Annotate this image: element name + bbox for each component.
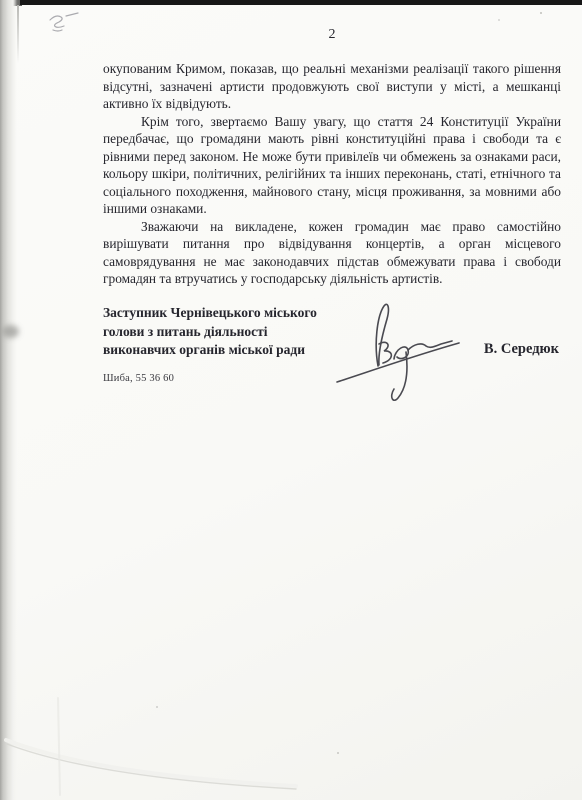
text-line: кольору шкіри, політичних, релігійних та… (103, 165, 561, 183)
scan-speck (337, 752, 339, 754)
text-line: Зважаючи на викладене, кожен громадин ма… (103, 218, 561, 236)
pencil-mark-icon (42, 8, 88, 38)
text-line: самоврядування не має законодавчих підст… (103, 253, 561, 271)
footer-reference-note: Шиба, 55 36 60 (103, 373, 174, 384)
text-line: відсутні, зазначені артисти продовжують … (103, 78, 561, 96)
page-number: 2 (103, 27, 561, 43)
handwritten-signature-icon (331, 302, 465, 406)
text-line: Крім того, звертаємо Вашу увагу, що стат… (103, 113, 561, 131)
text-line: громадян та втручатись у господарську ді… (103, 270, 561, 288)
text-line: окупованим Кримом, показав, що реальні м… (103, 60, 561, 78)
paper-crease (0, 690, 330, 800)
text-line: вирішувати питання про відвідування конц… (103, 235, 561, 253)
scan-smudge (2, 325, 19, 338)
scan-speck (540, 12, 542, 14)
letter-body: окупованим Кримом, показав, що реальні м… (103, 60, 561, 288)
signature-block: Заступник Чернівецького міськогоголови з… (103, 304, 561, 404)
scan-top-edge-line (20, 0, 582, 5)
page-corner-shadow (17, 5, 19, 63)
signer-name: В. Середюк (484, 341, 559, 358)
scanned-letter-page: 2 окупованим Кримом, показав, що реальні… (0, 0, 582, 800)
text-line: соціального походження, майнового стану,… (103, 183, 561, 201)
text-line: активно їх відвідують. (103, 95, 561, 113)
scan-left-edge-shadow (0, 0, 17, 800)
scan-speck (498, 19, 500, 21)
text-line: рівними перед законом. Не може бути прив… (103, 148, 561, 166)
text-line: передбачає, що громадяни мають рівні кон… (103, 130, 561, 148)
text-line: іншими ознаками. (103, 200, 561, 218)
